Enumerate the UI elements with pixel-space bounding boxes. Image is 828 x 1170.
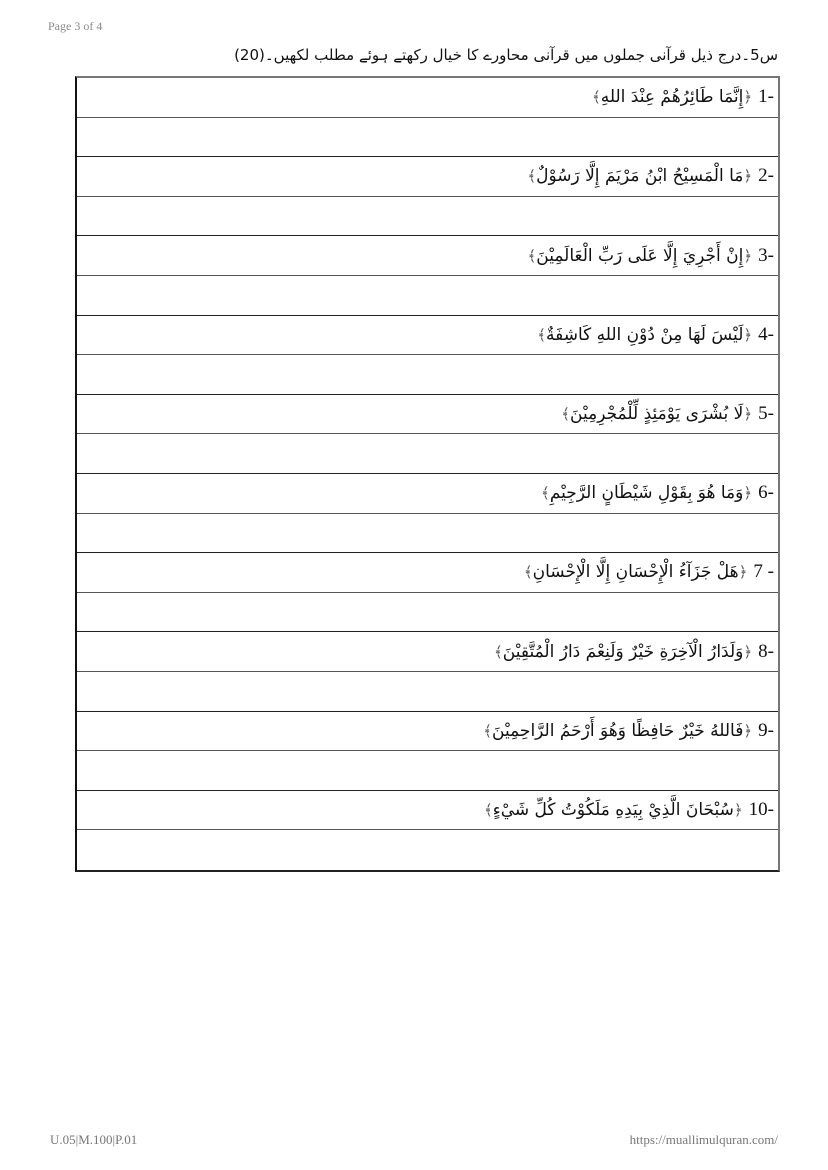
item-number: 8- [758, 641, 774, 663]
quranic-phrase: ﴿وَلَدَارُ الْآخِرَةِ خَيْرٌ وَلَنِعْمَ … [494, 642, 752, 662]
ornate-bracket-open-icon: ﴿ [743, 643, 752, 661]
answer-field-5[interactable] [77, 434, 778, 474]
item-row-2: 2- ﴿مَا الْمَسِيْحُ ابْنُ مَرْيَمَ إِلَّ… [77, 157, 778, 197]
answer-field-7[interactable] [77, 593, 778, 633]
ornate-bracket-close-icon: ﴾ [524, 563, 533, 581]
item-row-9: 9- ﴿فَاللهُ خَيْرٌ حَافِظًا وَهُوَ أَرْح… [77, 712, 778, 752]
ornate-bracket-open-icon: ﴿ [743, 484, 752, 502]
quranic-phrase: ﴿وَمَا هُوَ بِقَوْلِ شَيْطَانٍ الرَّجِيْ… [541, 483, 752, 503]
quranic-phrase: ﴿لَيْسَ لَهَا مِنْ دُوْنِ اللهِ كَاشِفَة… [537, 325, 752, 345]
ornate-bracket-open-icon: ﴿ [739, 563, 748, 581]
ornate-bracket-close-icon: ﴾ [541, 484, 550, 502]
item-number: 6- [758, 482, 774, 504]
item-number: 5- [758, 403, 774, 425]
item-row-1: 1- ﴿إِنَّمَا طَائِرُهُمْ عِنْدَ اللهِ﴾ [77, 78, 778, 118]
ornate-bracket-close-icon: ﴾ [592, 88, 601, 106]
ornate-bracket-open-icon: ﴿ [743, 88, 752, 106]
quranic-phrase: ﴿مَا الْمَسِيْحُ ابْنُ مَرْيَمَ إِلَّا ر… [527, 166, 752, 186]
item-number: 2- [758, 165, 774, 187]
ornate-bracket-close-icon: ﴾ [483, 722, 492, 740]
quranic-phrase: ﴿إِنَّمَا طَائِرُهُمْ عِنْدَ اللهِ﴾ [592, 87, 752, 107]
item-row-5: 5- ﴿لَا بُشْرَى يَوْمَئِذٍ لِّلْمُجْرِمِ… [77, 395, 778, 435]
ornate-bracket-close-icon: ﴾ [527, 247, 536, 265]
page-number-label: Page 3 of 4 [48, 19, 102, 34]
item-number: 1- [758, 86, 774, 108]
footer-website-link[interactable]: https://muallimulquran.com/ [630, 1132, 778, 1148]
item-number: 3- [758, 245, 774, 267]
item-row-6: 6- ﴿وَمَا هُوَ بِقَوْلِ شَيْطَانٍ الرَّج… [77, 474, 778, 514]
answer-field-9[interactable] [77, 751, 778, 791]
ornate-bracket-open-icon: ﴿ [743, 722, 752, 740]
answer-field-6[interactable] [77, 514, 778, 554]
item-row-7: 7 - ﴿هَلْ جَزَآءُ الْإِحْسَانِ إِلَّا ال… [77, 553, 778, 593]
footer-document-code: U.05|M.100|P.01 [50, 1132, 137, 1148]
ornate-bracket-close-icon: ﴾ [537, 326, 546, 344]
quranic-phrase: ﴿لَا بُشْرَى يَوْمَئِذٍ لِّلْمُجْرِمِيْن… [561, 404, 752, 424]
item-number: 10- [749, 799, 774, 821]
answer-field-4[interactable] [77, 355, 778, 395]
ornate-bracket-open-icon: ﴿ [743, 167, 752, 185]
quranic-phrase: ﴿سُبْحَانَ الَّذِيْ بِيَدِهِ مَلَكُوْتُ … [484, 800, 743, 820]
question-table: 1- ﴿إِنَّمَا طَائِرُهُمْ عِنْدَ اللهِ﴾ 2… [75, 76, 780, 872]
item-row-8: 8- ﴿وَلَدَارُ الْآخِرَةِ خَيْرٌ وَلَنِعْ… [77, 632, 778, 672]
answer-field-3[interactable] [77, 276, 778, 316]
ornate-bracket-close-icon: ﴾ [484, 801, 493, 819]
question-heading: س5۔درج ذیل قرآنی جملوں میں قرآنی محاورے … [234, 46, 778, 64]
ornate-bracket-close-icon: ﴾ [494, 643, 503, 661]
ornate-bracket-open-icon: ﴿ [743, 247, 752, 265]
ornate-bracket-close-icon: ﴾ [561, 405, 570, 423]
item-number: 9- [758, 720, 774, 742]
item-number: 7 - [753, 561, 774, 583]
quranic-phrase: ﴿هَلْ جَزَآءُ الْإِحْسَانِ إِلَّا الْإِح… [524, 562, 748, 582]
answer-field-10[interactable] [77, 830, 778, 870]
answer-field-2[interactable] [77, 197, 778, 237]
quranic-phrase: ﴿إِنْ أَجْرِيَ إِلَّا عَلَى رَبِّ الْعَا… [527, 246, 752, 266]
item-row-3: 3- ﴿إِنْ أَجْرِيَ إِلَّا عَلَى رَبِّ الْ… [77, 236, 778, 276]
item-number: 4- [758, 324, 774, 346]
answer-field-8[interactable] [77, 672, 778, 712]
quranic-phrase: ﴿فَاللهُ خَيْرٌ حَافِظًا وَهُوَ أَرْحَمُ… [483, 721, 752, 741]
ornate-bracket-open-icon: ﴿ [743, 405, 752, 423]
item-row-10: 10- ﴿سُبْحَانَ الَّذِيْ بِيَدِهِ مَلَكُو… [77, 791, 778, 831]
ornate-bracket-open-icon: ﴿ [743, 326, 752, 344]
ornate-bracket-close-icon: ﴾ [527, 167, 536, 185]
item-row-4: 4- ﴿لَيْسَ لَهَا مِنْ دُوْنِ اللهِ كَاشِ… [77, 316, 778, 356]
ornate-bracket-open-icon: ﴿ [734, 801, 743, 819]
answer-field-1[interactable] [77, 118, 778, 158]
